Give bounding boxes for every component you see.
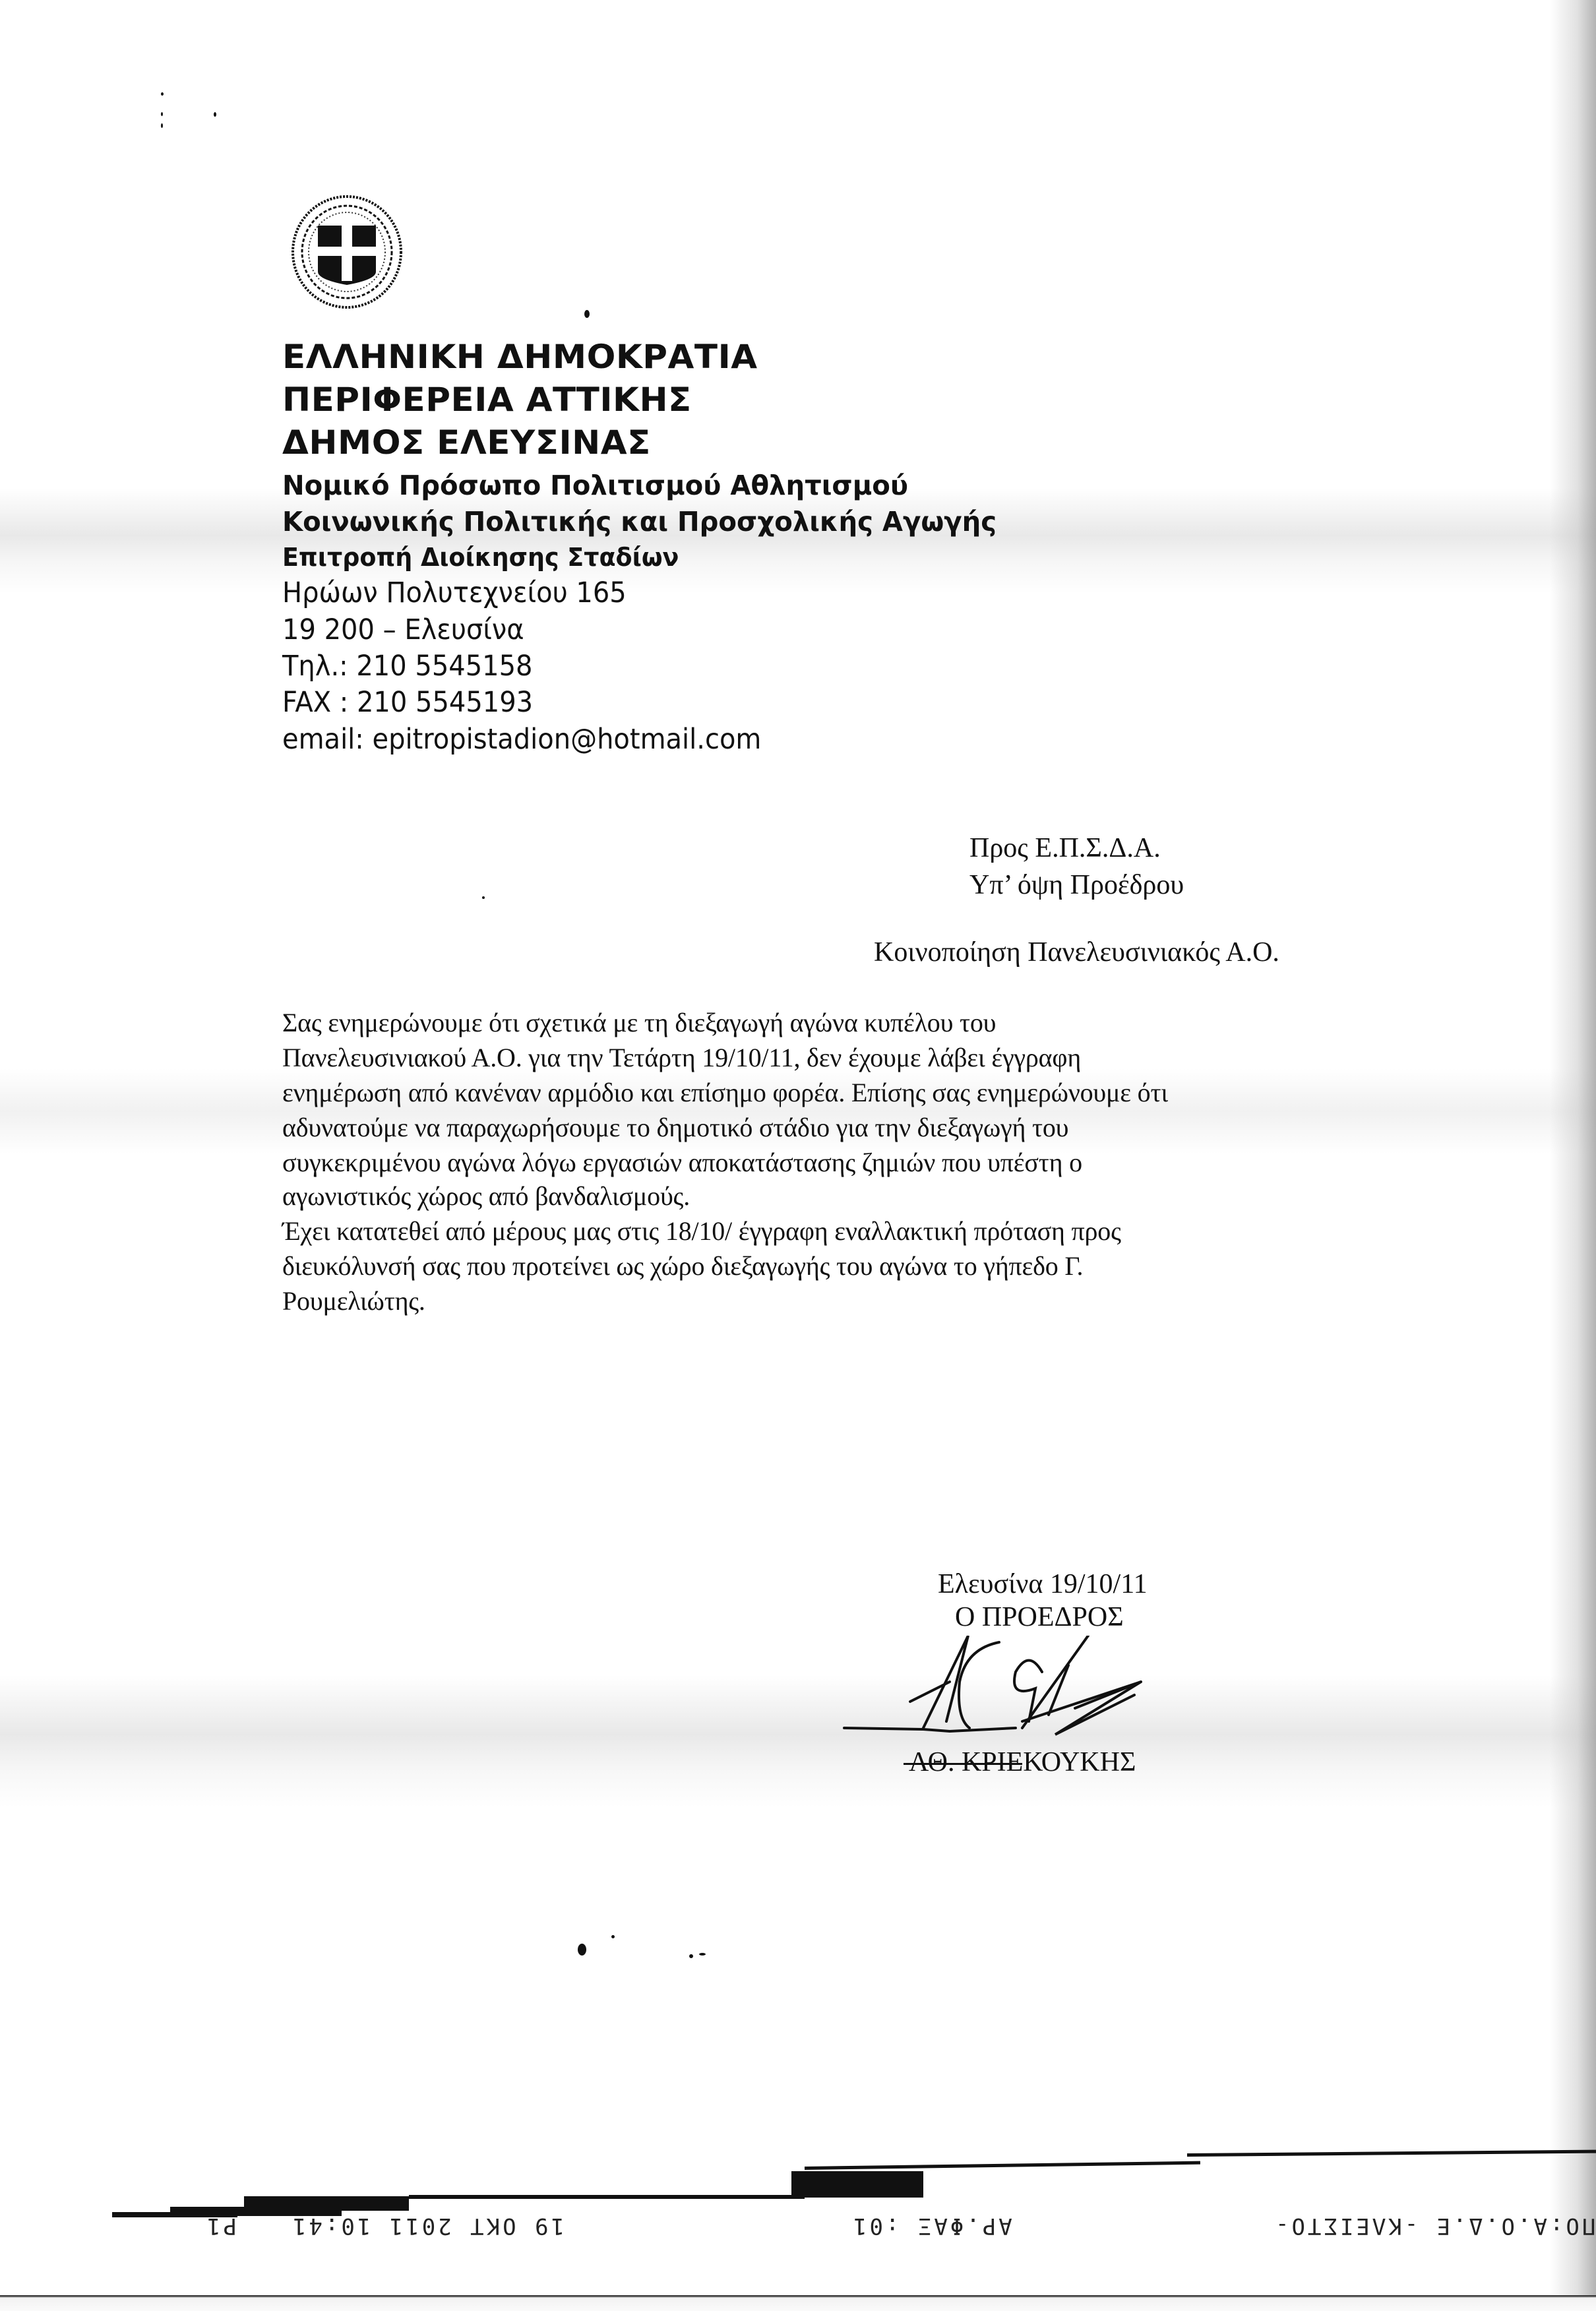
letterhead-phone: Τηλ.: 210 5545158 (282, 650, 532, 683)
letterhead-country: ΕΛΛΗΝΙΚΗ ΔΗΜΟΚΡΑΤΙΑ (282, 338, 758, 376)
paper-bottom-edge (0, 2295, 1596, 2311)
letterhead-fax: FAX : 210 5545193 (282, 686, 533, 719)
scan-speck (161, 92, 164, 96)
scan-speck (584, 310, 590, 318)
body-line: Ρουμελιώτης. (282, 1285, 425, 1316)
paper-crease-shadow (0, 488, 1596, 594)
scanned-letter-page: ΕΛΛΗΝΙΚΗ ΔΗΜΟΚΡΑΤΙΑ ΠΕΡΙΦΕΡΕΙΑ ΑΤΤΙΚΗΣ Δ… (0, 0, 1596, 2311)
scan-speck (689, 1954, 693, 1958)
body-line: αδυνατούμε να παραχωρήσουμε το δημοτικό … (282, 1112, 1068, 1143)
recipient-attention: Υπ’ όψη Προέδρου (969, 869, 1184, 901)
body-line: ενημέρωση από κανέναν αρμόδιο και επίσημ… (282, 1077, 1168, 1108)
greek-coat-of-arms-icon (289, 193, 405, 309)
scan-speck (699, 1953, 706, 1956)
fax-datetime: 19 ΟΚΤ 2011 10:41 (290, 2213, 565, 2239)
fax-number: ΑΡ.ΦΑΞ :01 (851, 2213, 1012, 2239)
scan-speck (161, 112, 163, 116)
body-line: Πανελευσινιακού Α.Ο. για την Τετάρτη 19/… (282, 1042, 1081, 1073)
fax-artifact-bar (805, 2161, 1200, 2170)
place-date: Ελευσίνα 19/10/11 (938, 1568, 1148, 1600)
fax-page: P1 (204, 2213, 237, 2239)
letterhead-address: Ηρώων Πολυτεχνείου 165 (282, 576, 627, 609)
scan-speck (161, 123, 163, 128)
body-line: διευκόλυνσή σας που προτείνει ως χώρο δι… (282, 1250, 1083, 1281)
signatory-title: Ο ΠΡΟΕΔΡΟΣ (955, 1601, 1124, 1633)
fax-artifact-bar (409, 2195, 805, 2199)
body-line: Έχει κατατεθεί από μέρους μας στις 18/10… (282, 1216, 1121, 1247)
scan-speck (214, 112, 216, 117)
paper-crease-shadow (0, 1675, 1596, 1807)
recipient-cc: Κοινοποίηση Πανελευσινιακός Α.Ο. (874, 937, 1279, 968)
letterhead-municipality: ΔΗΜΟΣ ΕΛΕΥΣΙΝΑΣ (282, 423, 651, 462)
body-line: συγκεκριμένου αγώνα λόγω εργασιών αποκατ… (282, 1147, 1082, 1178)
letterhead-postal: 19 200 – Ελευσίνα (282, 613, 524, 646)
letterhead-email: email: epitropistadion@hotmail.com (282, 723, 761, 756)
scan-speck (578, 1944, 586, 1956)
fax-sender: ΠΟ:Α.Ο.Δ.Ε -ΚΛΕΙΣΤΟ- (1273, 2213, 1595, 2239)
letterhead-region: ΠΕΡΙΦΕΡΕΙΑ ΑΤΤΙΚΗΣ (282, 381, 692, 419)
body-line: αγωνιστικός χώρος από βανδαλισμούς. (282, 1181, 690, 1212)
letterhead-committee: Επιτροπή Διοίκησης Σταδίων (282, 543, 679, 572)
fax-artifact-bar (244, 2196, 409, 2211)
paper-edge-shadow (1550, 0, 1596, 2311)
recipient-to: Προς Ε.Π.Σ.Δ.Α. (969, 832, 1161, 864)
letterhead-entity-cont: Κοινωνικής Πολιτικής και Προσχολικής Αγω… (282, 506, 997, 538)
scan-speck (482, 896, 485, 899)
fax-artifact-bar (1187, 2150, 1596, 2157)
body-line: Σας ενημερώνουμε ότι σχετικά με τη διεξα… (282, 1007, 996, 1038)
strikethrough-line (904, 1763, 1022, 1765)
fax-artifact-bar (791, 2171, 923, 2198)
signatory-name: ΑΘ. ΚΡΙΕΚΟΥΚΗΣ (909, 1746, 1136, 1778)
letterhead-entity: Νομικό Πρόσωπο Πολιτισμού Αθλητισμού (282, 470, 908, 501)
scan-speck (611, 1935, 615, 1938)
